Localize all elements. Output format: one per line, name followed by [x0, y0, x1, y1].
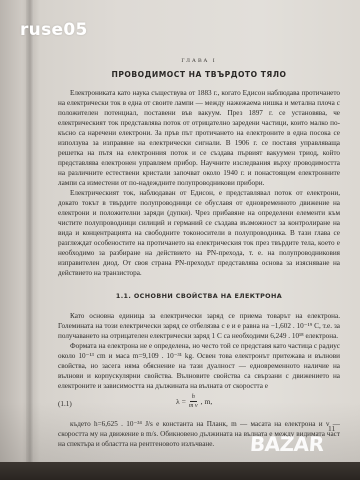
formula-lhs: λ =	[176, 397, 186, 407]
chapter-label: ГЛАВА I	[58, 56, 340, 66]
formula-fraction: h m v	[189, 393, 198, 410]
section-paragraph-1: Като основна единица за електрически зар…	[58, 311, 340, 341]
formula-1-1: (1.1) λ = h m v , m,	[58, 393, 340, 415]
section-title: 1.1. ОСНОВНИ СВОЙСТВА НА ЕЛЕКТРОНА	[58, 291, 340, 301]
section-paragraph-2: Формата на електрона не е определена, но…	[58, 341, 340, 391]
formula-body: λ = h m v , m,	[176, 393, 212, 410]
formula-denominator: m v	[189, 402, 198, 410]
formula-number: (1.1)	[58, 399, 72, 409]
formula-unit: , m,	[201, 397, 213, 407]
watermark-bazar-logo: BAZAR	[249, 432, 324, 456]
chapter-title: ПРОВОДИМОСТ НА ТВЪРДОТО ТЯЛО	[58, 70, 340, 80]
book-page: ГЛАВА I ПРОВОДИМОСТ НА ТВЪРДОТО ТЯЛО Еле…	[0, 0, 360, 462]
page-content: ГЛАВА I ПРОВОДИМОСТ НА ТВЪРДОТО ТЯЛО Еле…	[58, 56, 340, 449]
intro-paragraph-2: Електрическият ток, наблюдаван от Едисон…	[58, 188, 340, 278]
formula-numerator: h	[190, 393, 197, 402]
intro-paragraph-1: Електрониката като наука съществува от 1…	[58, 88, 340, 188]
watermark-ruse05: ruse05	[20, 20, 88, 40]
page-crease	[26, 0, 34, 462]
page-number: 11	[328, 424, 335, 433]
table-surface	[0, 462, 360, 480]
